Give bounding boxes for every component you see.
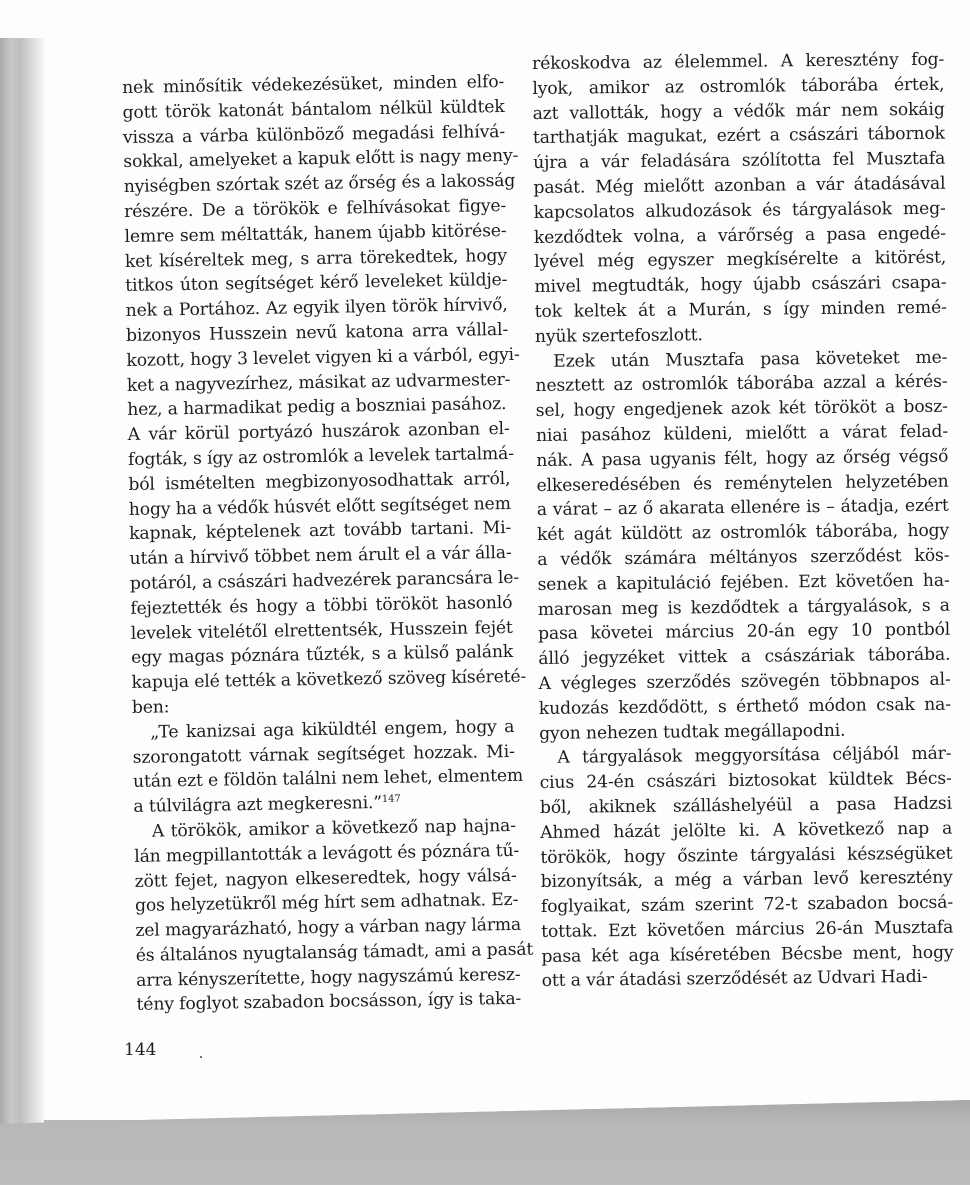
line-text: mivel megtudták, hogy újabb császári csa… bbox=[534, 273, 946, 297]
line-text: nyiségben szórtak szét az őrség és a lak… bbox=[124, 171, 516, 197]
line-text: fogták, s így az ostromlók a levelek tar… bbox=[128, 444, 514, 470]
line-text: a védők számára méltányos szerződést kös… bbox=[537, 546, 949, 570]
line-text: A végleges szerződés szövegén többnapos … bbox=[539, 670, 951, 694]
line-text: tarthatják magukat, ezért a császári táb… bbox=[533, 124, 945, 148]
line-text: A vár körül portyázó huszárok azonban el… bbox=[127, 419, 509, 445]
line-text: nek a Portához. Az egyik ilyen török hír… bbox=[126, 295, 508, 321]
line-text: pasa követei március 20-án egy 10 pontbó… bbox=[538, 620, 950, 644]
line-text: ket kíséreltek meg, s arra törekedtek, h… bbox=[125, 246, 507, 272]
footnote-reference: 147 bbox=[382, 794, 401, 805]
line-text: kudozás kezdődött, s érthető módon csak … bbox=[539, 694, 951, 718]
line-text: hez, a harmadikat pedig a boszniai pasáh… bbox=[127, 394, 506, 420]
book-page: nek minősítik védekezésüket, minden elfo… bbox=[0, 0, 970, 1120]
line-text: marosan meg is kezdődtek a tárgyalások, … bbox=[538, 595, 950, 619]
right-text-column: rékoskodva az élelemmel. A keresztény fo… bbox=[532, 48, 954, 995]
text-line: lyok, amikor az ostromlók táborába értek… bbox=[532, 72, 944, 101]
line-text: részére. De a törökök e felhívásokat fig… bbox=[124, 196, 506, 222]
text-line: nák. A pasa ugyanis félt, hogy az őrség … bbox=[536, 444, 948, 473]
line-text: újra a vár feladására szólította fel Mus… bbox=[533, 149, 945, 173]
line-text: „Te kanizsai aga kiküldtél engem, hogy a bbox=[150, 717, 514, 743]
scan-speck bbox=[200, 1056, 202, 1058]
line-text: szorongatott várnak segítséget hozzak. M… bbox=[133, 741, 515, 767]
text-line: senek a kapituláció fejében. Ezt követőe… bbox=[537, 568, 949, 597]
line-text: elkeseredésében és reménytelen helyzetéb… bbox=[536, 471, 948, 495]
line-text: kozott, hogy 3 levelet vigyen ki a várbó… bbox=[126, 345, 519, 371]
line-text: levelek vitelétől elrettentsék, Husszein… bbox=[131, 617, 513, 643]
text-line: kudozás kezdődött, s érthető módon csak … bbox=[539, 692, 951, 721]
line-text: tok keltek át a Murán, s így minden remé… bbox=[535, 298, 947, 322]
page-margin-top bbox=[0, 0, 44, 38]
line-text: foglyaikat, szám szerint 72-t szabadon b… bbox=[541, 893, 953, 917]
line-text: A törökök, amikor a következő nap hajna- bbox=[152, 816, 516, 842]
line-text: ben: bbox=[132, 697, 170, 718]
line-text: kapnak, képtelenek azt tovább tartani. M… bbox=[129, 518, 511, 544]
line-text: ott a vár átadási szerződését az Udvari … bbox=[542, 967, 928, 991]
line-text: vissza a várba különböző megadási felhív… bbox=[123, 122, 505, 148]
line-text: Ahmed házát jelölte ki. A következő nap … bbox=[540, 818, 952, 842]
line-text: ből, akiknek szálláshelyéül a pasa Hadzs… bbox=[540, 794, 952, 818]
line-text: ból ismételten megbizonyosodhattak arról… bbox=[128, 469, 510, 495]
line-text: gos helyzetükről még hírt sem adhatnak. … bbox=[135, 890, 518, 916]
line-text: után a hírvivő többet nem árult el a vár… bbox=[129, 543, 511, 569]
line-text: pasa két aga kíséretében Bécsbe ment, ho… bbox=[541, 942, 953, 966]
line-text: titkos úton segítséget kérő leveleket kü… bbox=[125, 270, 507, 296]
line-text: bizonyítsák, a még a várban levő kereszt… bbox=[541, 868, 953, 892]
line-text: hogy ha a védők húsvét előtt segítséget … bbox=[129, 493, 511, 519]
line-text: gott török katonát bántalom nélkül küldt… bbox=[122, 97, 504, 123]
text-line: Ahmed házát jelölte ki. A következő nap … bbox=[540, 816, 952, 845]
line-text: fejeztették és hogy a többi törököt haso… bbox=[130, 593, 512, 619]
text-line: ott a vár átadási szerződését az Udvari … bbox=[542, 965, 954, 994]
line-text: potáról, a császári hadvezérek parancsár… bbox=[130, 568, 519, 594]
line-text: a túlvilágra azt megkeresni.” bbox=[133, 793, 382, 817]
line-text: lyével még egyszer megkísérelte a kitöré… bbox=[534, 248, 946, 272]
line-text: bizonyos Husszein nevű katona arra válla… bbox=[126, 320, 508, 346]
line-text: lyok, amikor az ostromlók táborába értek… bbox=[532, 74, 944, 98]
line-text: arra kényszerítette, hogy nagyszámú kere… bbox=[136, 965, 521, 991]
line-text: ket a nagyvezírhez, másikat az udvarmest… bbox=[127, 370, 511, 396]
line-text: Ezek után Musztafa pasa követeket me- bbox=[553, 347, 947, 371]
book-binding-shadow bbox=[0, 38, 44, 1128]
line-text: sokkal, amelyeket a kapuk előtt is nagy … bbox=[123, 146, 518, 172]
left-text-column: nek minősítik védekezésüket, minden elfo… bbox=[122, 70, 519, 1018]
text-line: tény foglyot szabadon bocsásson, így is … bbox=[136, 987, 518, 1018]
line-text: után ezt e földön találni nem lehet, elm… bbox=[133, 766, 523, 792]
page-number: 144 bbox=[124, 1040, 156, 1060]
line-text: nyük szertefoszlott. bbox=[535, 325, 703, 347]
line-text: rékoskodva az élelemmel. A keresztény fo… bbox=[532, 50, 944, 74]
line-text: pasát. Még mielőtt azonban a vár átadásá… bbox=[533, 174, 945, 198]
line-text: tény foglyot szabadon bocsásson, így is … bbox=[136, 989, 521, 1015]
line-text: zött fejet, nagyon elkeseredtek, hogy vá… bbox=[134, 865, 516, 891]
text-line: kapcsolatos alkudozások és tárgyalások m… bbox=[534, 196, 946, 225]
line-text: a várat – az ő akarata ellenére is – áta… bbox=[537, 496, 949, 520]
line-text: nesztett az ostromlók táborába azzal a k… bbox=[535, 372, 947, 396]
line-text: kapuja elé tették a következő szöveg kís… bbox=[131, 667, 526, 693]
line-text: törökök, hogy őszinte tárgyalási készség… bbox=[540, 843, 952, 867]
line-text: senek a kapituláció fejében. Ezt követőe… bbox=[537, 570, 949, 594]
line-text: zel magyarázható, hogy a várban nagy lár… bbox=[135, 915, 521, 941]
line-text: és általános nyugtalanság támadt, ami a … bbox=[136, 940, 534, 966]
line-text: cius 24-én császári biztosokat küldtek B… bbox=[540, 769, 952, 793]
line-text: álló jegyzéket vittek a császáriak tábor… bbox=[538, 645, 950, 669]
line-text: sel, hogy engedjenek azok két törököt a … bbox=[536, 397, 948, 421]
line-text: egy magas póznára tűzték, s a külső palá… bbox=[131, 642, 513, 668]
line-text: A tárgyalások meggyorsítása céljából már… bbox=[557, 744, 951, 768]
line-text: két agát küldött az ostromlók táborába, … bbox=[537, 521, 949, 545]
line-text: kapcsolatos alkudozások és tárgyalások m… bbox=[534, 198, 946, 222]
line-text: azt vallották, hogy a védők már nem soká… bbox=[533, 99, 945, 123]
line-text: niai pasához küldeni, mielőtt a várat fe… bbox=[536, 422, 948, 446]
line-text: lán megpillantották a levágott és póznár… bbox=[134, 841, 519, 867]
text-line: tok keltek át a Murán, s így minden remé… bbox=[535, 296, 947, 325]
line-text: nák. A pasa ugyanis félt, hogy az őrség … bbox=[536, 446, 948, 470]
line-text: gyon nehezen tudtak megállapodni. bbox=[539, 720, 845, 743]
line-text: lemre sem méltatták, hanem újabb kitörés… bbox=[124, 221, 506, 247]
line-text: kezdődtek volna, a várőrség a pasa enged… bbox=[534, 223, 946, 247]
line-text: nek minősítik védekezésüket, minden elfo… bbox=[122, 72, 504, 98]
line-text: tottak. Ezt követően március 26-án Muszt… bbox=[541, 918, 953, 942]
